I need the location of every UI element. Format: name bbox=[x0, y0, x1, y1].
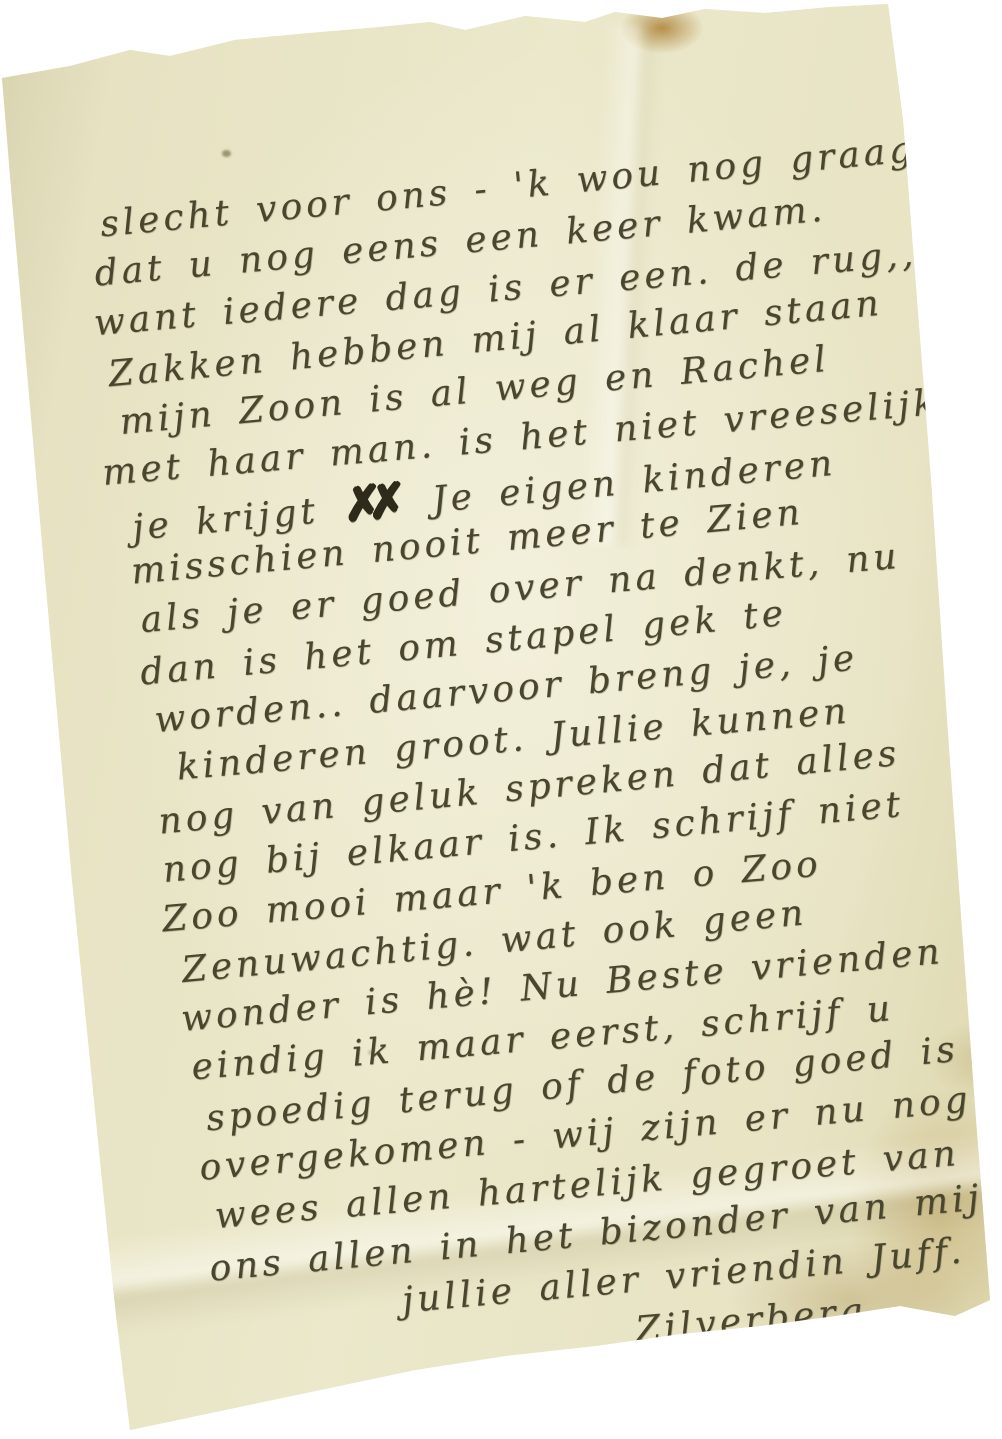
letter-photo: slecht voor ons - 'k wou nog graagdat u … bbox=[0, 0, 1002, 1439]
ink-speck bbox=[222, 150, 231, 157]
letter-paper: slecht voor ons - 'k wou nog graagdat u … bbox=[0, 0, 1002, 1439]
crossed-out-word: ✗✗ bbox=[339, 471, 411, 531]
handwritten-text: slecht voor ons - 'k wou nog graagdat u … bbox=[88, 125, 1002, 1395]
letter-lines: slecht voor ons - 'k wou nog graagdat u … bbox=[88, 125, 1002, 1395]
